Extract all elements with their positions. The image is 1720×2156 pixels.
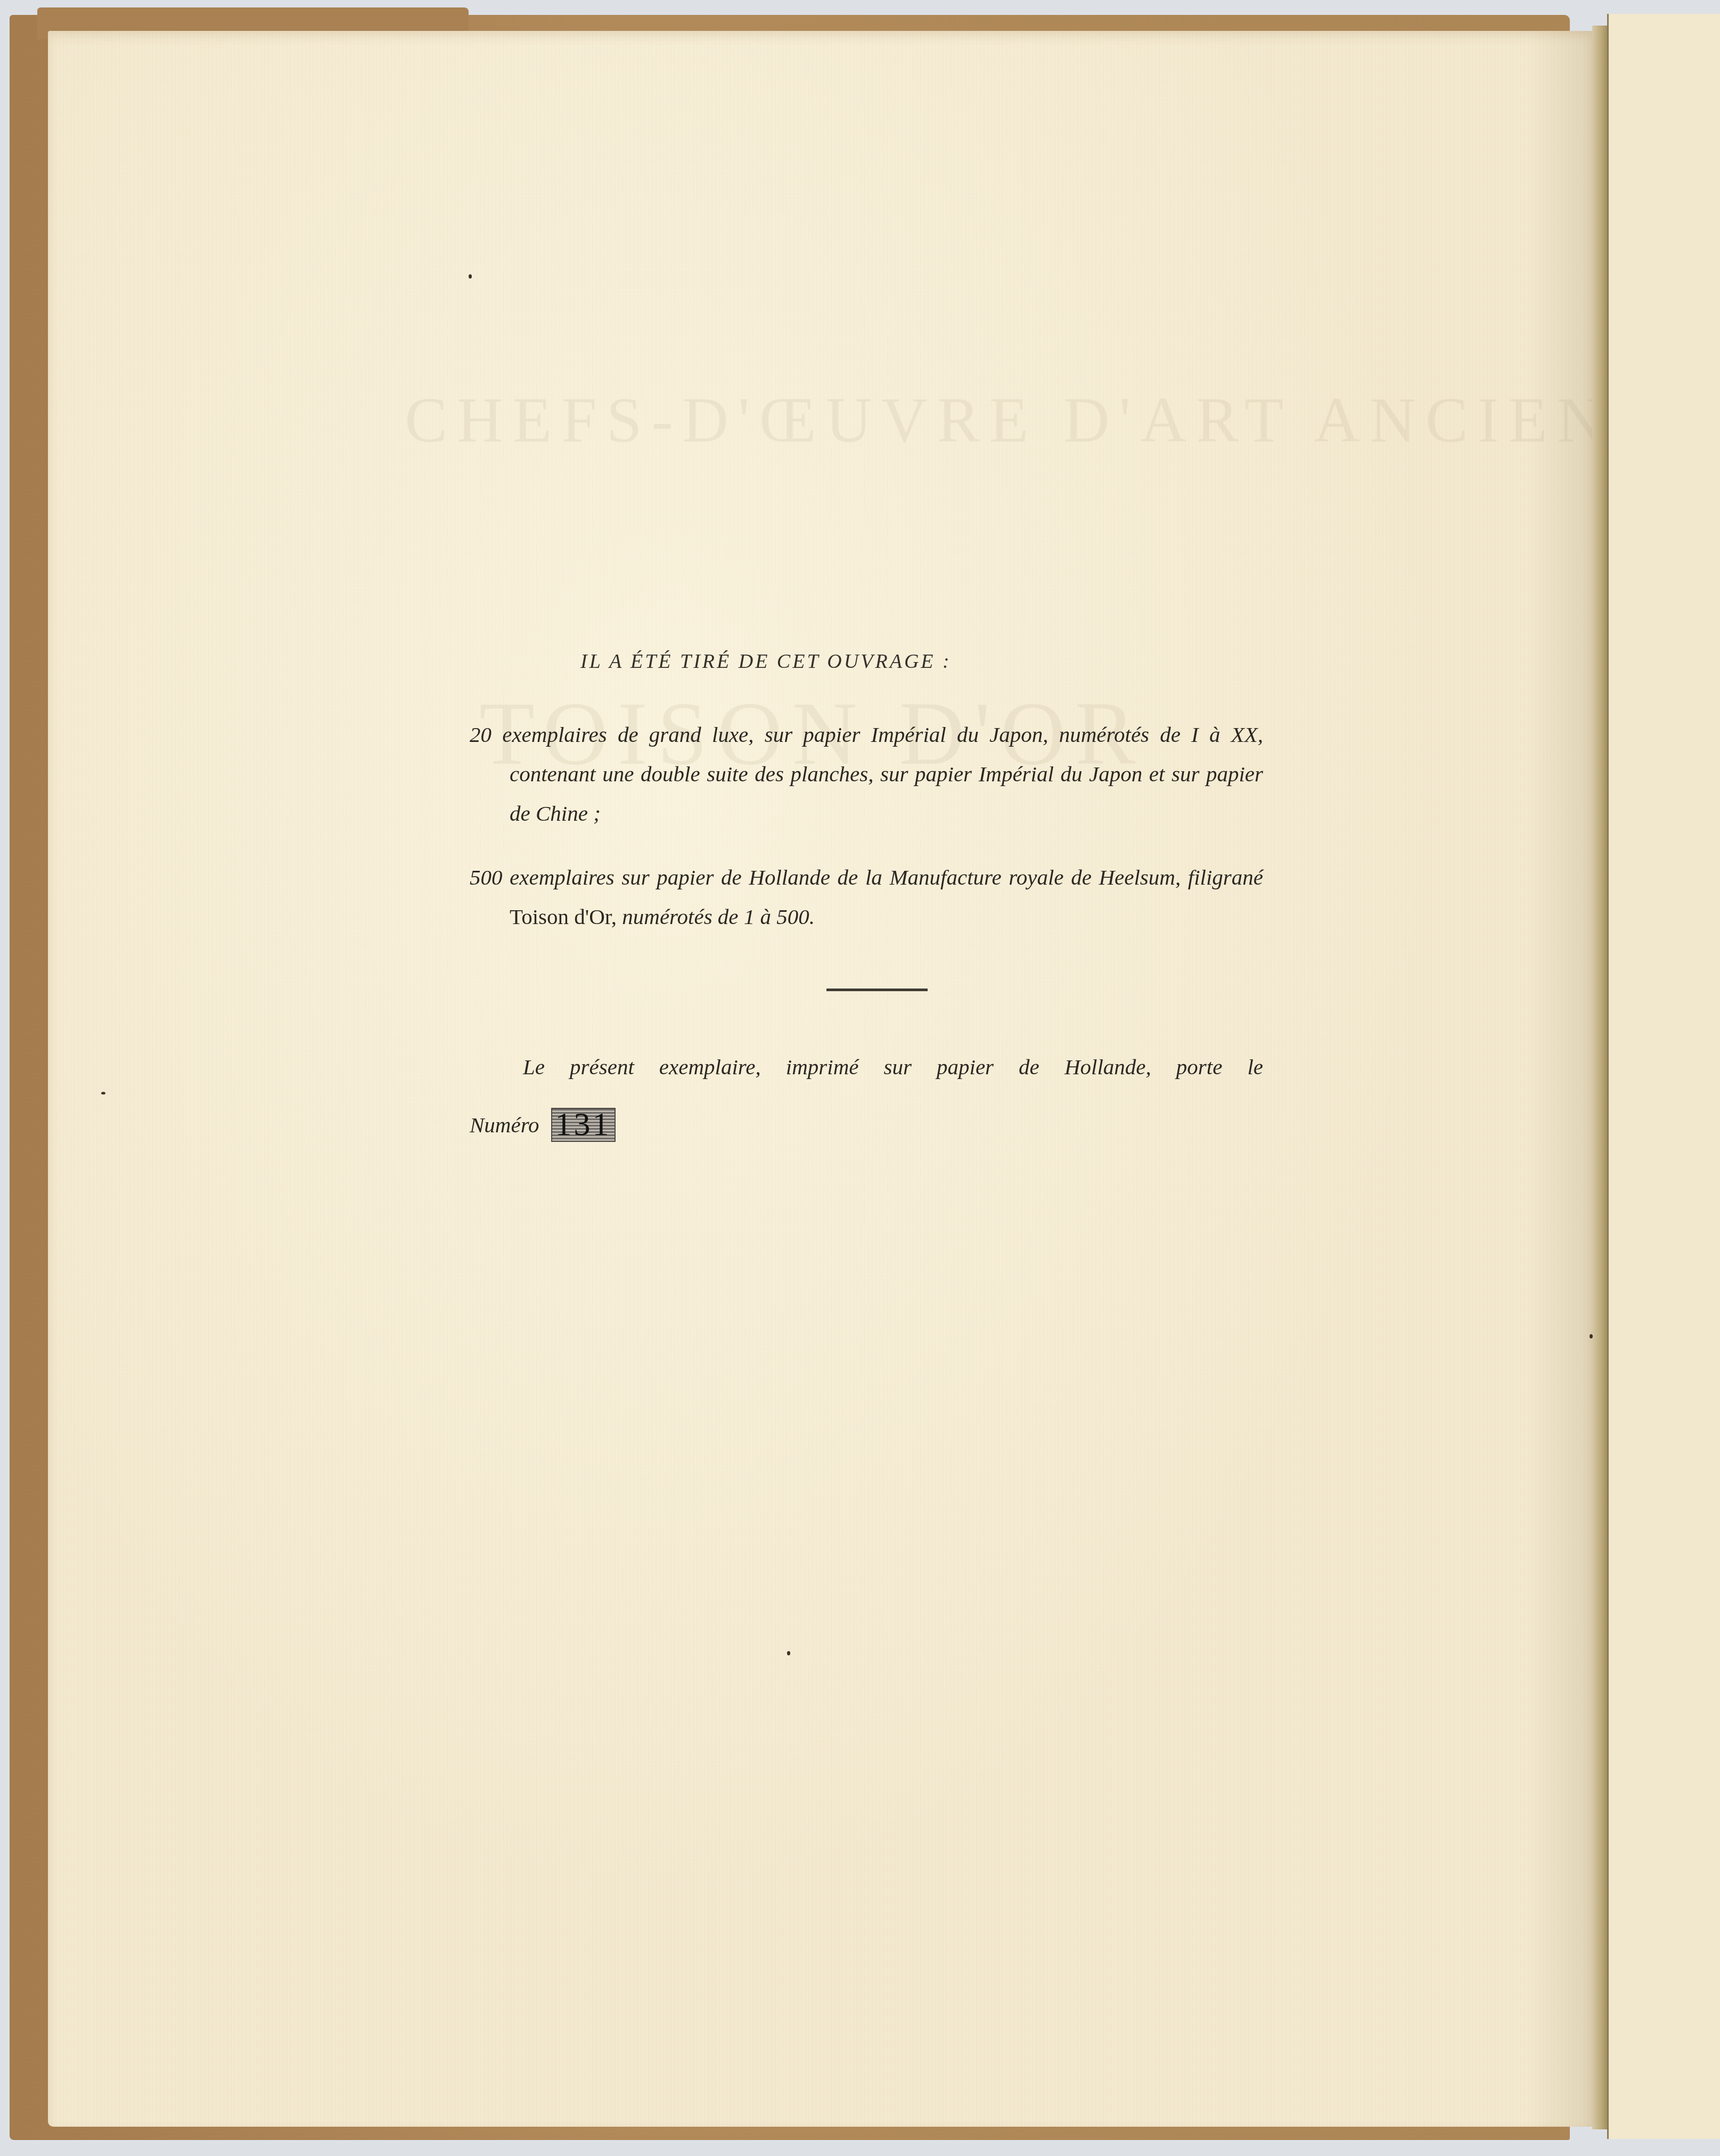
entry-text: 500 exemplaires sur papier de Hollande d…	[470, 865, 1263, 889]
limitation-notice: IL A ÉTÉ TIRÉ DE CET OUVRAGE : 20 exempl…	[470, 650, 1263, 1142]
divider-rule	[826, 989, 928, 991]
right-page-edge	[1607, 14, 1720, 2139]
entry-text: numérotés de 1 à 500.	[622, 904, 815, 929]
edition-entry-hollande: 500 exemplaires sur papier de Hollande d…	[470, 857, 1263, 936]
paper-speck	[469, 274, 472, 279]
paper-speck	[101, 1092, 105, 1095]
book-gutter	[1592, 26, 1608, 2129]
copy-statement: Le présent exemplaire, imprimé sur papie…	[470, 1048, 1263, 1086]
copy-number-stamp: 131	[551, 1108, 616, 1142]
show-through-title: CHEFS-D'ŒUVRE D'ART ANCIEN	[405, 383, 1613, 457]
numero-label: Numéro	[470, 1112, 539, 1138]
paper-speck	[1590, 1334, 1593, 1338]
copy-number-line: Numéro 131	[470, 1108, 1263, 1142]
notice-heading: IL A ÉTÉ TIRÉ DE CET OUVRAGE :	[470, 650, 1263, 673]
paper-speck	[787, 1651, 790, 1655]
edition-entry-japon: 20 exemplaires de grand luxe, sur papier…	[470, 715, 1263, 833]
watermark-name: Toison d'Or,	[510, 904, 617, 929]
page-curl-shadow	[1528, 31, 1592, 2127]
